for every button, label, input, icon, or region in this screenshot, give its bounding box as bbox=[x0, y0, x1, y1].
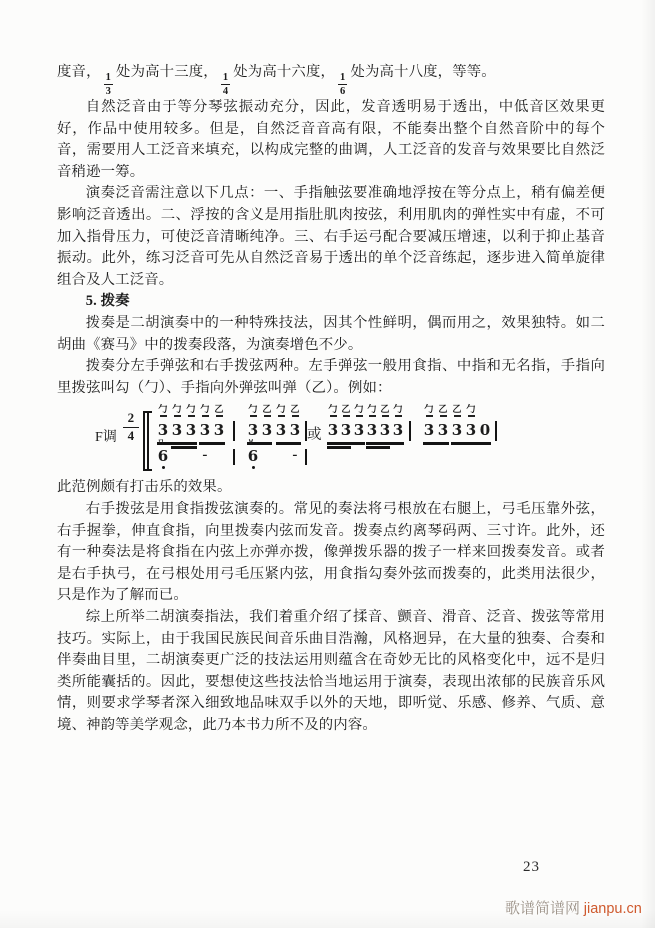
para-interval-fractions: 度音，13处为高十三度，14处为高十六度，16处为高十八度，等等。 bbox=[57, 62, 605, 97]
fraction-text-3: 处为高十六度， bbox=[233, 64, 335, 80]
watermark-site-url: jianpu.cn bbox=[584, 901, 642, 917]
barline bbox=[305, 449, 307, 465]
note: 3 bbox=[423, 421, 435, 439]
pluck-mark-icon: 勹 bbox=[157, 405, 169, 416]
barline bbox=[233, 421, 235, 441]
fraction-denominator: 3 bbox=[104, 84, 113, 97]
low-octave-dot bbox=[162, 466, 165, 469]
pluck-mark-icon: 乙 bbox=[437, 405, 449, 416]
pluck-mark-icon: 勹 bbox=[275, 405, 287, 416]
note: 3 bbox=[392, 421, 404, 439]
beam bbox=[171, 446, 197, 448]
pluck-mark-icon: 乙 bbox=[451, 405, 463, 416]
jianpu-score-example: F调 24 勹 勹 勹 勹 乙 3 3 3 3 3 勹 乙 勹 乙 3 3 bbox=[57, 405, 605, 475]
pluck-mark-icon: 乙 bbox=[340, 405, 352, 416]
pluck-mark-icon: 勹 bbox=[327, 405, 339, 416]
drone-note: 6 bbox=[157, 447, 169, 465]
text-column: 度音，13处为高十三度，14处为高十六度，16处为高十八度，等等。 自然泛音由于… bbox=[57, 62, 605, 736]
note: 3 bbox=[199, 421, 211, 439]
time-signature: 24 bbox=[123, 411, 139, 443]
note: 3 bbox=[451, 421, 463, 439]
pluck-mark-icon: 乙 bbox=[261, 405, 273, 416]
time-denominator: 4 bbox=[123, 428, 139, 443]
extension-dash: - bbox=[289, 445, 301, 467]
up-bow-icon: ∨ bbox=[245, 438, 257, 446]
pluck-mark-icon: 勹 bbox=[247, 405, 259, 416]
barline bbox=[409, 421, 411, 441]
note: 3 bbox=[185, 421, 197, 439]
note: 3 bbox=[213, 421, 225, 439]
pluck-mark-icon: 勹 bbox=[199, 405, 211, 416]
beam bbox=[327, 442, 365, 444]
rest-note: 0 bbox=[479, 421, 491, 439]
fraction-denominator: 4 bbox=[221, 84, 230, 97]
para-summary: 综上所举二胡演奏指法，我们着重介绍了揉音、颤音、滑音、泛音、拨弦等常用技巧。实际… bbox=[57, 607, 605, 737]
fraction-one-quarter: 14 bbox=[221, 72, 230, 97]
para-example-note: 此范例颇有打击乐的效果。 bbox=[57, 477, 605, 499]
drone-note: 6 bbox=[247, 447, 259, 465]
pluck-mark-icon: 乙 bbox=[379, 405, 391, 416]
or-label: 或 bbox=[307, 425, 322, 447]
system-brace bbox=[143, 411, 152, 471]
note: 3 bbox=[465, 421, 477, 439]
watermark-site-name: 歌谱简谱网 bbox=[505, 901, 580, 917]
fraction-text-1: 度音， bbox=[57, 64, 101, 80]
pluck-mark-icon: 勹 bbox=[465, 405, 477, 416]
pluck-mark-icon: 乙 bbox=[213, 405, 225, 416]
beam bbox=[276, 442, 301, 444]
note: 3 bbox=[261, 421, 273, 439]
down-bow-icon: ㄇ bbox=[155, 438, 167, 446]
fraction-denominator: 6 bbox=[338, 84, 347, 97]
pluck-mark-icon: 乙 bbox=[289, 405, 301, 416]
watermark: 歌谱简谱网 jianpu.cn bbox=[505, 897, 642, 918]
fraction-one-sixth: 16 bbox=[338, 72, 347, 97]
note: 3 bbox=[289, 421, 301, 439]
pluck-mark-icon: 勹 bbox=[353, 405, 365, 416]
note: 3 bbox=[353, 421, 365, 439]
note: 3 bbox=[379, 421, 391, 439]
extension-dash: - bbox=[199, 445, 211, 467]
note: 3 bbox=[171, 421, 183, 439]
fraction-numerator: 1 bbox=[221, 72, 230, 84]
book-page: 度音，13处为高十三度，14处为高十六度，16处为高十八度，等等。 自然泛音由于… bbox=[0, 0, 655, 928]
fraction-text-4: 处为高十八度，等等。 bbox=[350, 64, 495, 80]
beam bbox=[327, 446, 351, 448]
para-pluck-types: 拨奏分左手弹弦和右手拨弦两种。左手弹弦一般用食指、中指和无名指，手指向里拨弦叫勾… bbox=[57, 356, 605, 399]
para-right-hand-pluck: 右手拨弦是用食指拨弦演奏的。常见的奏法将弓根放在右腿上，弓毛压靠外弦，右手握拳，… bbox=[57, 499, 605, 607]
note: 3 bbox=[366, 421, 378, 439]
low-octave-dot bbox=[252, 466, 255, 469]
time-numerator: 2 bbox=[123, 411, 139, 427]
fraction-text-2: 处为高十三度， bbox=[116, 64, 218, 80]
barline bbox=[233, 449, 235, 465]
beam bbox=[423, 442, 449, 444]
final-barline bbox=[495, 421, 497, 441]
pluck-mark-icon: 勹 bbox=[392, 405, 404, 416]
para-harmonic-tips: 演奏泛音需注意以下几点：一、手指触弦要准确地浮按在等分点上，稍有偏差便影响泛音透… bbox=[57, 183, 605, 291]
section-heading-pluck: 5. 拨奏 bbox=[57, 291, 605, 313]
note: 3 bbox=[340, 421, 352, 439]
pluck-mark-icon: 勹 bbox=[366, 405, 378, 416]
pluck-mark-icon: 勹 bbox=[423, 405, 435, 416]
note: 3 bbox=[437, 421, 449, 439]
beam bbox=[199, 442, 225, 444]
pluck-mark-icon: 勹 bbox=[171, 405, 183, 416]
page-number: 23 bbox=[523, 859, 540, 876]
note: 3 bbox=[275, 421, 287, 439]
pluck-mark-icon: 勹 bbox=[185, 405, 197, 416]
beam bbox=[451, 442, 491, 444]
note: 3 bbox=[327, 421, 339, 439]
fraction-numerator: 1 bbox=[338, 72, 347, 84]
para-natural-harmonics: 自然泛音由于等分琴弦振动充分，因此，发音透明易于透出，中低音区效果更好，作品中使… bbox=[57, 97, 605, 183]
fraction-numerator: 1 bbox=[104, 72, 113, 84]
beam bbox=[366, 446, 390, 448]
key-signature-label: F调 bbox=[95, 427, 117, 449]
fraction-one-third: 13 bbox=[104, 72, 113, 97]
para-pluck-intro: 拨奏是二胡演奏中的一种特殊技法，因其个性鲜明，偶而用之，效果独特。如二胡曲《赛马… bbox=[57, 313, 605, 356]
beam bbox=[366, 442, 404, 444]
